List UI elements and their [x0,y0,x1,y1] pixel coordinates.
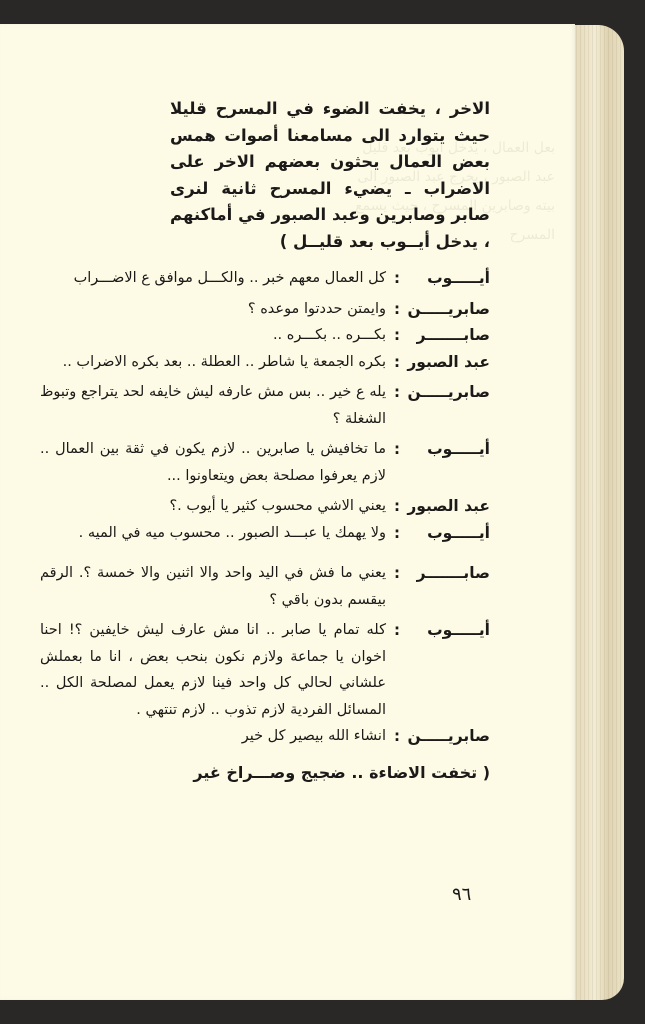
page-content: الاخر ، يخفت الضوء في المسرح قليلا حيث ي… [40,96,490,786]
dialogue-line: صابـــــــر : يعني ما فش في اليد واحد وا… [40,560,490,613]
dialogue-line: أيـــــوب : كله تمام يا صابر .. انا مش ع… [40,617,490,723]
speech-text: انشاء الله بيصير كل خير [40,723,386,750]
dialogue-line: عبد الصبور : يعني الاشي محسوب كثير يا أي… [40,493,490,520]
speech-text: ما تخافيش يا صابرين .. لازم يكون في ثقة … [40,436,386,489]
colon-separator: : [386,560,408,587]
speech-text: وايمتن حددتوا موعده ؟ [40,296,386,323]
speech-text: كله تمام يا صابر .. انا مش عارف ليش خايف… [40,617,386,723]
speaker-name: عبد الصبور [408,349,490,376]
speech-text: بكره الجمعة يا شاطر .. العطلة .. بعد بكر… [40,349,386,376]
dialogue-line: أيـــــوب : ما تخافيش يا صابرين .. لازم … [40,436,490,489]
colon-separator: : [386,379,408,406]
speaker-name: أيـــــوب [408,265,490,292]
colon-separator: : [386,296,408,323]
dialogue-list: أيـــــوب : كل العمال معهم خبر .. والكــ… [40,265,490,750]
colon-separator: : [386,617,408,644]
speech-text: يعني ما فش في اليد واحد والا اثنين والا … [40,560,386,613]
colon-separator: : [386,322,408,349]
dialogue-line: صابـــــــر : بكـــره .. بكـــره .. [40,322,490,349]
colon-separator: : [386,520,408,547]
page-number: ٩٦ [452,884,471,905]
speaker-name: صابـــــــر [408,560,490,587]
dialogue-line: أيـــــوب : ولا يهمك يا عبـــد الصبور ..… [40,520,490,547]
dialogue-line: صابريـــــن : وايمتن حددتوا موعده ؟ [40,296,490,323]
dialogue-line: صابريـــــن : يله ع خير .. بس مش عارفه ل… [40,379,490,432]
dialogue-line: صابريـــــن : انشاء الله بيصير كل خير [40,723,490,750]
colon-separator: : [386,723,408,750]
speaker-name: عبد الصبور [408,493,490,520]
speaker-name: أيـــــوب [408,520,490,547]
stage-direction-close: ( تخفت الاضاءة .. ضجيج وصـــراخ غير [40,760,490,786]
speech-text: يله ع خير .. بس مش عارفه ليش خايفه لحد ي… [40,379,386,432]
dialogue-line: أيـــــوب : كل العمال معهم خبر .. والكــ… [40,265,490,292]
speech-text: بكـــره .. بكـــره .. [40,322,386,349]
stage-direction-open: الاخر ، يخفت الضوء في المسرح قليلا حيث ي… [40,96,490,255]
speech-text: يعني الاشي محسوب كثير يا أيوب .؟ [40,493,386,520]
colon-separator: : [386,349,408,376]
speaker-name: صابـــــــر [408,322,490,349]
dialogue-line: عبد الصبور : بكره الجمعة يا شاطر .. العط… [40,349,490,376]
colon-separator: : [386,436,408,463]
speech-text: كل العمال معهم خبر .. والكـــل موافق ع ا… [40,265,386,292]
speaker-name: صابريـــــن [408,296,490,323]
speaker-name: صابريـــــن [408,723,490,750]
speaker-name: أيـــــوب [408,436,490,463]
speaker-name: أيـــــوب [408,617,490,644]
speech-text: ولا يهمك يا عبـــد الصبور .. محسوب ميه ف… [40,520,386,547]
colon-separator: : [386,265,408,292]
speaker-name: صابريـــــن [408,379,490,406]
colon-separator: : [386,493,408,520]
